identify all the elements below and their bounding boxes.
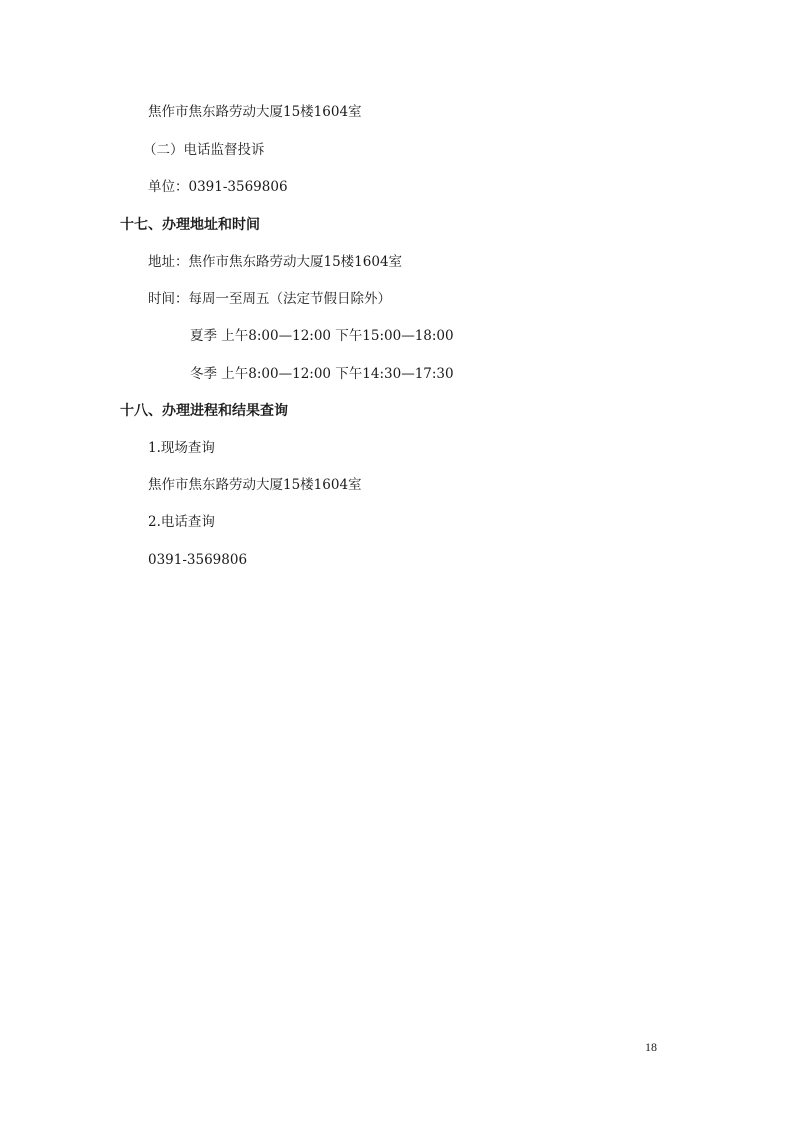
address-line-1: 焦作市焦东路劳动大厦15楼1604室 — [148, 103, 362, 121]
office-days: 时间：每周一至周五（法定节假日除外） — [148, 290, 391, 308]
summer-hours: 夏季 上午8:00—12:00 下午15:00—18:00 — [190, 327, 454, 345]
onsite-query-label: 1.现场查询 — [148, 439, 215, 457]
phone-complaint-subheading: （二）电话监督投诉 — [143, 141, 265, 159]
office-address: 地址：焦作市焦东路劳动大厦15楼1604室 — [148, 253, 402, 271]
section-17-heading: 十七、办理地址和时间 — [120, 216, 260, 234]
winter-hours: 冬季 上午8:00—12:00 下午14:30—17:30 — [190, 365, 454, 383]
page-number: 18 — [645, 1040, 657, 1055]
section-18-heading: 十八、办理进程和结果查询 — [120, 402, 288, 420]
phone-query-label: 2.电话查询 — [148, 513, 215, 531]
phone-query-number: 0391-3569806 — [148, 551, 247, 569]
complaint-phone-number: 单位：0391-3569806 — [148, 178, 288, 196]
onsite-query-address: 焦作市焦东路劳动大厦15楼1604室 — [148, 476, 362, 494]
